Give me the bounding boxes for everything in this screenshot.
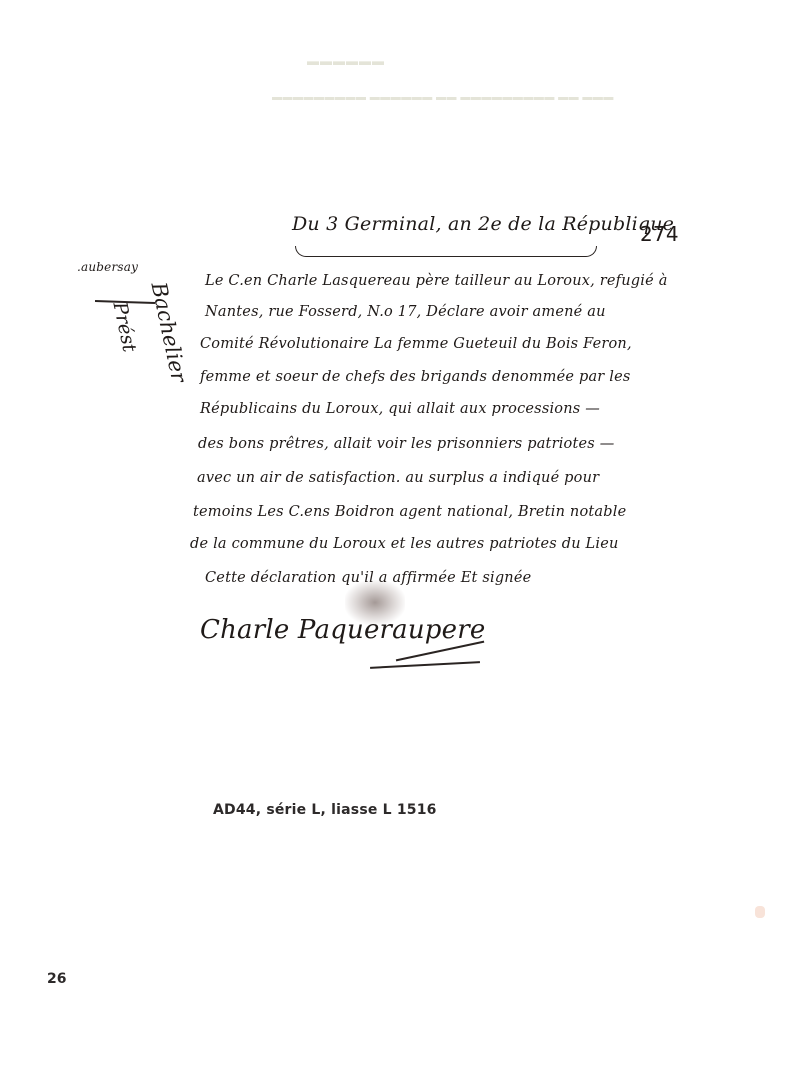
margin-signature-official: Bachelier: [147, 280, 192, 384]
scanned-book-page: ▬▬▬▬▬▬ ▬▬▬▬▬▬▬▬▬ ▬▬▬▬▬▬ ▬▬ ▬▬▬▬▬▬▬▬▬ ▬▬ …: [0, 0, 790, 1091]
page-number: 26: [47, 971, 66, 987]
manuscript-line: avec un air de satisfaction. au surplus …: [197, 470, 599, 486]
manuscript-line: Républicains du Loroux, qui allait aux p…: [200, 401, 600, 417]
manuscript-line: de la commune du Loroux et les autres pa…: [190, 536, 619, 552]
manuscript-date-heading: Du 3 Germinal, an 2e de la République: [292, 213, 674, 235]
folio-number: 274: [640, 222, 679, 246]
declarant-signature: Charle Paqueraupere: [200, 615, 485, 645]
bleed-through-text-subtitle: ▬▬▬▬▬▬▬▬▬ ▬▬▬▬▬▬ ▬▬ ▬▬▬▬▬▬▬▬▬ ▬▬ ▬▬▬: [272, 92, 614, 103]
manuscript-line: Nantes, rue Fosserd, N.o 17, Déclare avo…: [205, 304, 606, 320]
margin-signature-president: Prést: [108, 300, 140, 354]
manuscript-line: des bons prêtres, allait voir les prison…: [198, 436, 614, 452]
heading-underline-brace: [295, 246, 597, 257]
manuscript-line: femme et soeur de chefs des brigands den…: [200, 369, 631, 385]
margin-note: .aubersay: [77, 260, 138, 274]
bleed-through-text-top: ▬▬▬▬▬▬: [307, 54, 385, 68]
archive-reference-caption: AD44, série L, liasse L 1516: [213, 802, 437, 818]
manuscript-line: Le C.en Charle Lasquereau père tailleur …: [205, 273, 668, 289]
paper-smudge: [755, 906, 765, 918]
signature-flourish: [370, 661, 480, 668]
manuscript-line: temoins Les C.ens Boidron agent national…: [193, 504, 626, 520]
manuscript-line: Comité Révolutionaire La femme Gueteuil …: [200, 336, 632, 352]
